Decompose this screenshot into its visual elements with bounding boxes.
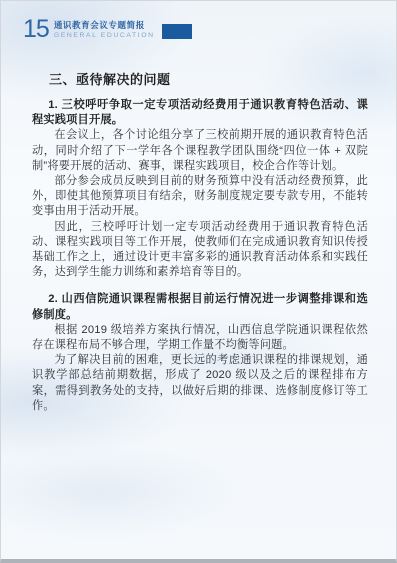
page-content: 三、亟待解决的问题 1. 三校呼吁争取一定专项活动经费用于通识教育特色活动、课程… <box>32 69 368 414</box>
issue-2-paragraph-2: 为了解决目前的困难，更长远的考虑通识课程的排课规划，通识教学部总结前期数据，形成… <box>32 353 368 414</box>
issue-item-1: 1. 三校呼吁争取一定专项活动经费用于通识教育特色活动、课程实践项目开展。 在会… <box>32 98 368 280</box>
issue-1-paragraph-2: 部分参会成员反映到目前的财务预算中没有活动经费预算，此外，即使其他预算项目有结余… <box>32 174 368 220</box>
issue-item-2: 2. 山西信院通识课程需根据目前运行情况进一步调整排课和选修制度。 根据 201… <box>32 292 368 414</box>
page-number: 15 <box>23 17 49 42</box>
header-title-en: GENERAL EDUCATION <box>54 31 155 40</box>
header-accent-block <box>162 24 192 39</box>
issue-1-paragraph-3: 因此，三校呼吁计划一定专项活动经费用于通识教育特色活动、课程实践项目等工作开展，… <box>32 220 368 281</box>
header-titles: 通识教育会议专题简报 GENERAL EDUCATION <box>54 20 155 40</box>
section-heading: 三、亟待解决的问题 <box>32 69 368 88</box>
issue-1-title: 1. 三校呼吁争取一定专项活动经费用于通识教育特色活动、课程实践项目开展。 <box>32 98 368 128</box>
issue-1-paragraph-1: 在会议上，各个讨论组分享了三校前期开展的通识教育特色活动，同时介绍了下一学年各个… <box>32 128 368 174</box>
issue-2-paragraph-1: 根据 2019 级培养方案执行情况，山西信息学院通识课程依然存在课程布局不够合理… <box>32 323 368 353</box>
briefing-page: 15 通识教育会议专题简报 GENERAL EDUCATION 三、亟待解决的问… <box>0 0 397 563</box>
header-title-cn: 通识教育会议专题简报 <box>54 20 155 30</box>
page-header: 15 通识教育会议专题简报 GENERAL EDUCATION <box>23 17 192 42</box>
issue-2-title: 2. 山西信院通识课程需根据目前运行情况进一步调整排课和选修制度。 <box>32 292 368 322</box>
